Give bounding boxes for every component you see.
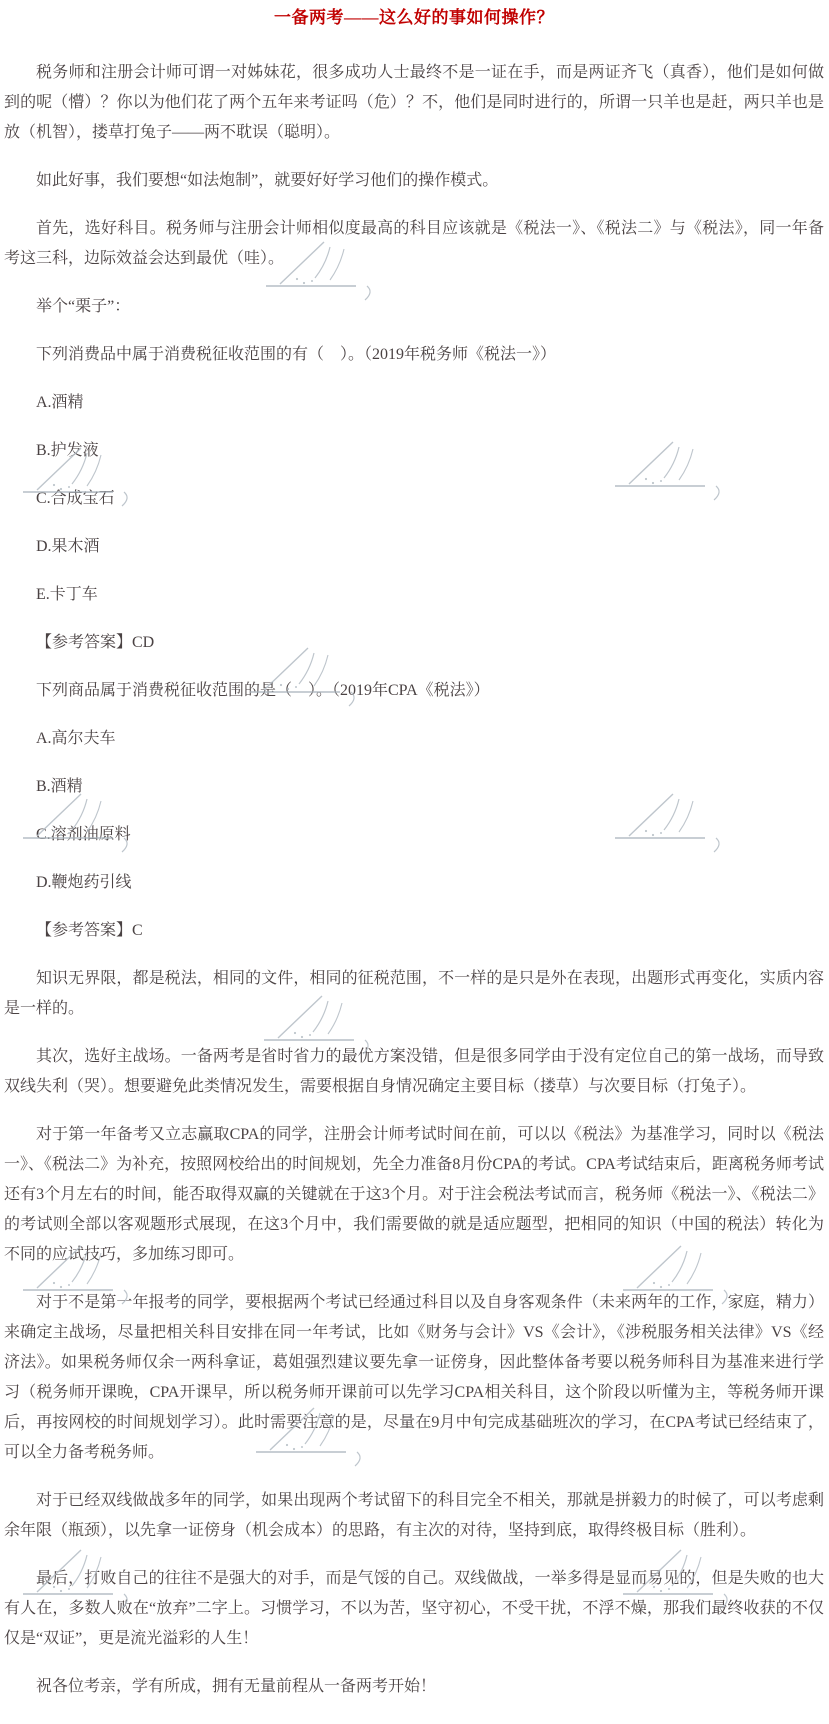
article-body: 税务师和注册会计师可谓一对姊妹花，很多成功人士最终不是一证在手，而是两证齐飞（真… <box>4 58 824 1702</box>
article-content: 一备两考——这么好的事如何操作？ 税务师和注册会计师可谓一对姊妹花，很多成功人士… <box>0 0 829 1702</box>
question-2-answer: 【参考答案】C <box>4 916 824 946</box>
question-1-answer: 【参考答案】CD <box>4 628 824 658</box>
body-paragraph-main-battlefield: 其次，选好主战场。一备两考是省时省力的最优方案没错，但是很多同学由于没有定位自己… <box>4 1042 824 1102</box>
article-page: 一备两考——这么好的事如何操作？ 税务师和注册会计师可谓一对姊妹花，很多成功人士… <box>0 0 829 1724</box>
body-paragraph-final-words: 最后，打败自己的往往不是强大的对手，而是气馁的自己。双线做战，一举多得是显而易见… <box>4 1564 824 1654</box>
question-2-option-a: A.高尔夫车 <box>4 724 824 754</box>
body-paragraph-multi-year: 对于已经双线做战多年的同学，如果出现两个考试留下的科目完全不相关，那就是拼毅力的… <box>4 1486 824 1546</box>
article-title: 一备两考——这么好的事如何操作？ <box>4 6 824 30</box>
question-2-stem: 下列商品属于消费税征收范围的是（ ）。（2019年CPA《税法》） <box>4 676 824 706</box>
question-2-option-c: C.溶剂油原料 <box>4 820 824 850</box>
example-lead: 举个“栗子”： <box>4 292 824 322</box>
body-paragraph-first-year: 对于第一年备考又立志赢取CPA的同学，注册会计师考试时间在前，可以以《税法》为基… <box>4 1120 824 1270</box>
body-paragraph-not-first-year: 对于不是第一年报考的同学，要根据两个考试已经通过科目以及自身客观条件（未来两年的… <box>4 1288 824 1468</box>
closing-wish: 祝各位考亲，学有所成，拥有无量前程从一备两考开始！ <box>4 1672 824 1702</box>
question-1-stem: 下列消费品中属于消费税征收范围的有（ ）。（2019年税务师《税法一》） <box>4 340 824 370</box>
question-1-option-e: E.卡丁车 <box>4 580 824 610</box>
question-1-option-c: C.合成宝石 <box>4 484 824 514</box>
question-2-option-b: B.酒精 <box>4 772 824 802</box>
question-1-option-b: B.护发液 <box>4 436 824 466</box>
body-paragraph-learn-mode: 如此好事，我们要想“如法炮制”，就要好好学习他们的操作模式。 <box>4 166 824 196</box>
body-paragraph-no-boundary: 知识无界限，都是税法，相同的文件，相同的征税范围，不一样的是只是外在表现，出题形… <box>4 964 824 1024</box>
body-paragraph-subject-selection: 首先，选好科目。税务师与注册会计师相似度最高的科目应该就是《税法一》、《税法二》… <box>4 214 824 274</box>
question-1-option-d: D.果木酒 <box>4 532 824 562</box>
intro-paragraph: 税务师和注册会计师可谓一对姊妹花，很多成功人士最终不是一证在手，而是两证齐飞（真… <box>4 58 824 148</box>
question-1-option-a: A.酒精 <box>4 388 824 418</box>
question-2-option-d: D.鞭炮药引线 <box>4 868 824 898</box>
